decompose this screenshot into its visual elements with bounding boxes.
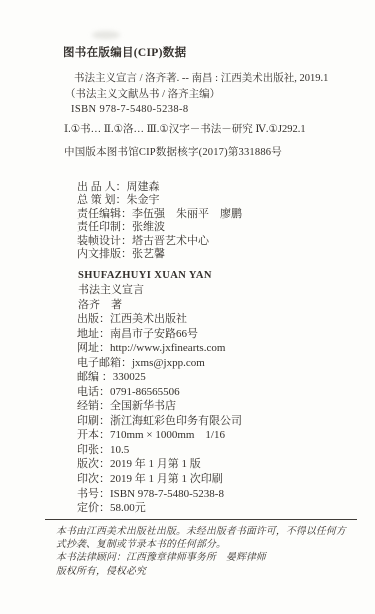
credit-row-chief-planner: 总 策 划：朱金宇: [77, 194, 242, 207]
cip-number-line: 中国版本图书馆CIP数据核字(2017)第331886号: [64, 144, 282, 159]
credit-row-producer: 出 品 人：周建森: [77, 181, 242, 194]
scan-smudge: [92, 31, 120, 39]
credit-value: 张维波: [132, 221, 165, 233]
pub-row-printer: 印刷：浙江海虹彩色印务有限公司: [77, 414, 242, 429]
legal-rights-line: 版权所有，侵权必究: [56, 565, 349, 578]
pub-row-publisher: 出版：江西美术出版社: [77, 312, 242, 327]
pub-row-website: 网址：http://www.jxfinearts.com: [77, 341, 242, 356]
legal-notice-block: 本书由江西美术出版社出版。未经出版者书面许可，不得以任何方式抄袭、复制或节录本书…: [56, 525, 349, 578]
pub-label: 出版：: [77, 313, 110, 325]
pub-value: 10.5: [110, 444, 129, 456]
pub-value: 2019 年 1 月第 1 次印刷: [110, 473, 223, 485]
pub-label: 电话：: [77, 386, 110, 398]
publication-block: 出版：江西美术出版社 地址：南昌市子安路66号 网址：http://www.jx…: [77, 312, 242, 516]
pub-value: 58.00元: [110, 502, 146, 514]
credit-row-print-supervisor: 责任印制：张维波: [77, 221, 242, 234]
pub-label: 印次：: [77, 473, 110, 485]
credits-block: 出 品 人：周建森 总 策 划：朱金宇 责任编辑：李伍强 朱丽平 廖鹏 责任印制…: [77, 181, 242, 261]
pub-label: 网址：: [77, 342, 110, 354]
pub-row-address: 地址：南昌市子安路66号: [77, 327, 242, 342]
pub-row-phone: 电话：0791-86565506: [77, 385, 242, 400]
pub-label: 印刷：: [77, 415, 110, 427]
pub-value: ISBN 978-7-5480-5238-8: [110, 488, 224, 500]
pub-row-impression: 印次：2019 年 1 月第 1 次印刷: [77, 472, 242, 487]
pub-row-format: 开本：710mm × 1000mm 1/16: [77, 428, 242, 443]
pub-label: 印张：: [77, 444, 110, 456]
legal-counsel-line: 本书法律顾问：江西豫章律师事务所 晏辉律师: [56, 551, 349, 564]
credit-value: 朱金宇: [127, 194, 160, 206]
pub-label: 定价：: [77, 502, 110, 514]
pub-row-price: 定价：58.00元: [77, 501, 242, 516]
book-title: 书法主义宣言: [78, 283, 212, 298]
credit-value: 周建森: [127, 181, 160, 193]
credit-label: 总 策 划：: [77, 194, 127, 206]
pub-value: 全国新华书店: [110, 400, 176, 412]
legal-copyright-paragraph: 本书由江西美术出版社出版。未经出版者书面许可，不得以任何方式抄袭、复制或节录本书…: [56, 525, 349, 551]
pub-value: 江西美术出版社: [110, 313, 187, 325]
pub-value: 2019 年 1 月第 1 版: [110, 458, 201, 470]
credit-row-editors: 责任编辑：李伍强 朱丽平 廖鹏: [77, 208, 242, 221]
credit-row-cover-design: 装帧设计：塔古晋艺术中心: [77, 235, 242, 248]
pub-value: 710mm × 1000mm 1/16: [110, 429, 225, 441]
author-line: 洛齐 著: [78, 298, 212, 313]
pub-row-email: 电子邮箱：jxms@jxpp.com: [77, 356, 242, 371]
pub-label: 开本：: [77, 429, 110, 441]
cip-title-line: 书法主义宣言 / 洛齐著. -- 南昌 : 江西美术出版社, 2019.1: [74, 71, 328, 87]
credit-label: 出 品 人：: [77, 181, 127, 193]
pub-label: 版次：: [77, 458, 110, 470]
pub-row-postcode: 邮编 ：330025: [77, 370, 242, 385]
pub-value: 0791-86565506: [110, 386, 180, 398]
pub-label: 书号：: [77, 488, 110, 500]
cip-classification-line: Ⅰ.①书… Ⅱ.①洛… Ⅲ.①汉字－书法－研究 Ⅳ.①J292.1: [64, 121, 306, 136]
cip-isbn-line: ISBN 978-7-5480-5238-8: [71, 102, 328, 118]
title-block: SHUFAZHUYI XUAN YAN 书法主义宣言 洛齐 著: [78, 268, 212, 313]
credit-value: 李伍强 朱丽平 廖鹏: [132, 208, 242, 220]
credit-value: 塔古晋艺术中心: [132, 235, 209, 247]
credit-label: 责任印制：: [77, 221, 132, 233]
credit-label: 责任编辑：: [77, 208, 132, 220]
cip-record: 书法主义宣言 / 洛齐著. -- 南昌 : 江西美术出版社, 2019.1 （书…: [63, 71, 328, 118]
book-copyright-page: 图书在版编目(CIP)数据 书法主义宣言 / 洛齐著. -- 南昌 : 江西美术…: [0, 0, 375, 614]
pub-value: 南昌市子安路66号: [110, 328, 198, 340]
pub-value: jxms@jxpp.com: [132, 357, 205, 369]
credit-row-layout: 内文排版：张艺馨: [77, 248, 242, 261]
pub-label: 经销：: [77, 400, 110, 412]
pub-value: 330025: [113, 371, 146, 383]
pub-value: http://www.jxfinearts.com: [110, 342, 225, 354]
pub-value: 浙江海虹彩色印务有限公司: [110, 415, 242, 427]
pinyin-title: SHUFAZHUYI XUAN YAN: [78, 268, 212, 283]
pub-label: 地址：: [77, 328, 110, 340]
divider-rule: [45, 519, 357, 520]
cip-header: 图书在版编目(CIP)数据: [63, 44, 186, 60]
pub-row-edition: 版次：2019 年 1 月第 1 版: [77, 457, 242, 472]
pub-label: 电子邮箱：: [77, 357, 132, 369]
pub-label: 邮编 ：: [77, 371, 113, 383]
credit-value: 张艺馨: [132, 248, 165, 260]
pub-row-isbn: 书号：ISBN 978-7-5480-5238-8: [77, 487, 242, 502]
credit-label: 内文排版：: [77, 248, 132, 260]
credit-label: 装帧设计：: [77, 235, 132, 247]
cip-series-line: （书法主义文献丛书 / 洛齐主编）: [65, 87, 328, 103]
pub-row-distributor: 经销：全国新华书店: [77, 399, 242, 414]
pub-row-sheets: 印张：10.5: [77, 443, 242, 458]
